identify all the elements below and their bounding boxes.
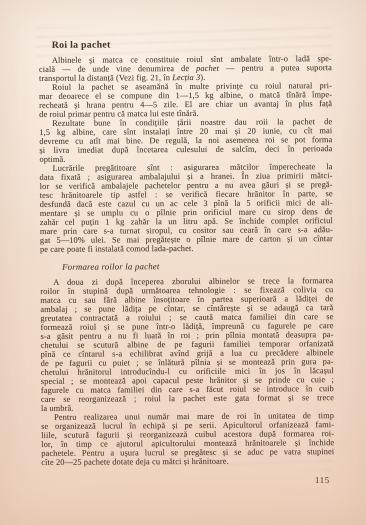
text-block: Roi la pachet Albinele și matca ce const… (39, 39, 335, 467)
text-line: pe care poate fi instalată comod lada-pa… (40, 243, 333, 254)
paragraph-6: Pentru realizarea unui număr mai mare de… (41, 411, 334, 467)
scanned-book-page: Roi la pachet Albinele și matca ce const… (0, 0, 366, 525)
text-line: cîte 20—25 pachete dotate deja cu mătci … (41, 456, 334, 467)
text-segment: ). (200, 73, 205, 82)
page-number: 115 (315, 475, 330, 485)
text-segment-italic: Lecția 3 (172, 73, 200, 82)
paragraph-4: Lucrările pregătitoare sînt : asigurarea… (39, 162, 333, 254)
text-segment: — pentru a putea suporta (219, 63, 332, 73)
paragraph-2: Roiul la pachet se aseamănă în multe pri… (39, 81, 332, 119)
text-segment-italic: pachet (196, 64, 219, 73)
paragraph-3: Rezultate bune în condițiile țării noast… (39, 117, 332, 164)
section-heading: Formarea roilor la pachet (62, 261, 333, 272)
paragraph-5: A doua zi după începerea zborului albine… (40, 276, 334, 413)
page-title: Roi la pachet (52, 39, 332, 50)
paragraph-1: Albinele și matca ce constituie roiul sî… (39, 54, 332, 83)
text-line: care se reorganizează ; roiul la pachet … (41, 393, 334, 404)
text-line: și livra imediat după încetarea culesulu… (39, 144, 332, 155)
